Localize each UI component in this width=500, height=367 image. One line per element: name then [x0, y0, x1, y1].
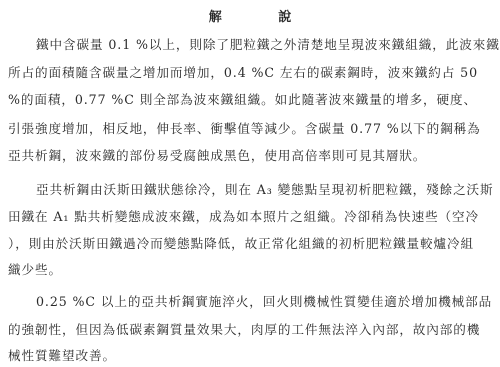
title-char-2: 說 [278, 6, 291, 25]
text-line: 田鐵在 A₁ 點共析變態成波來鐵，成為如本照片之組織。冷卻稍為快速些（空冷 [8, 209, 500, 225]
section-title: 解 說 [0, 6, 500, 25]
text-line: 械性質難望改善。 [8, 348, 500, 364]
text-line: 織少些。 [8, 262, 500, 278]
text-line: 鐵中含碳量 0.1 %以上，則除了肥粒鐵之外清楚地呈現波來鐵組織，此波來鐵 [36, 37, 500, 53]
text-line: 亞共析鋼，波來鐵的部份易受腐蝕成黑色，使用高倍率則可見其層狀。 [8, 148, 500, 164]
title-char-1: 解 [209, 6, 222, 25]
text-line: 的強韌性，但因為低碳素鋼質量效果大，肉厚的工件無法淬入內部，故內部的機 [8, 322, 500, 338]
text-line: %的面積，0.77 %C 則全部為波來鐵組織。如此隨著波來鐵量的增多，硬度、 [8, 92, 500, 108]
text-line: 亞共析鋼由沃斯田鐵狀態徐冷，則在 A₃ 變態點呈現初析肥粒鐵，殘餘之沃斯 [36, 182, 500, 198]
text-line: 0.25 %C 以上的亞共析鋼實施淬火，回火則機械性質變佳適於增加機械部品 [36, 294, 500, 310]
text-line: ），則由於沃斯田鐵過冷而變態點降低，故正常化組織的初析肥粒鐵量較爐冷組 [8, 236, 500, 252]
text-line: 所占的面積隨含碳量之增加而增加，0.4 %C 左右的碳素鋼時，波來鐵約占 50 [8, 65, 500, 81]
text-line: 引張強度增加，相反地，伸長率、衝擊值等減少。含碳量 0.77 %以下的鋼稱為 [8, 121, 500, 137]
